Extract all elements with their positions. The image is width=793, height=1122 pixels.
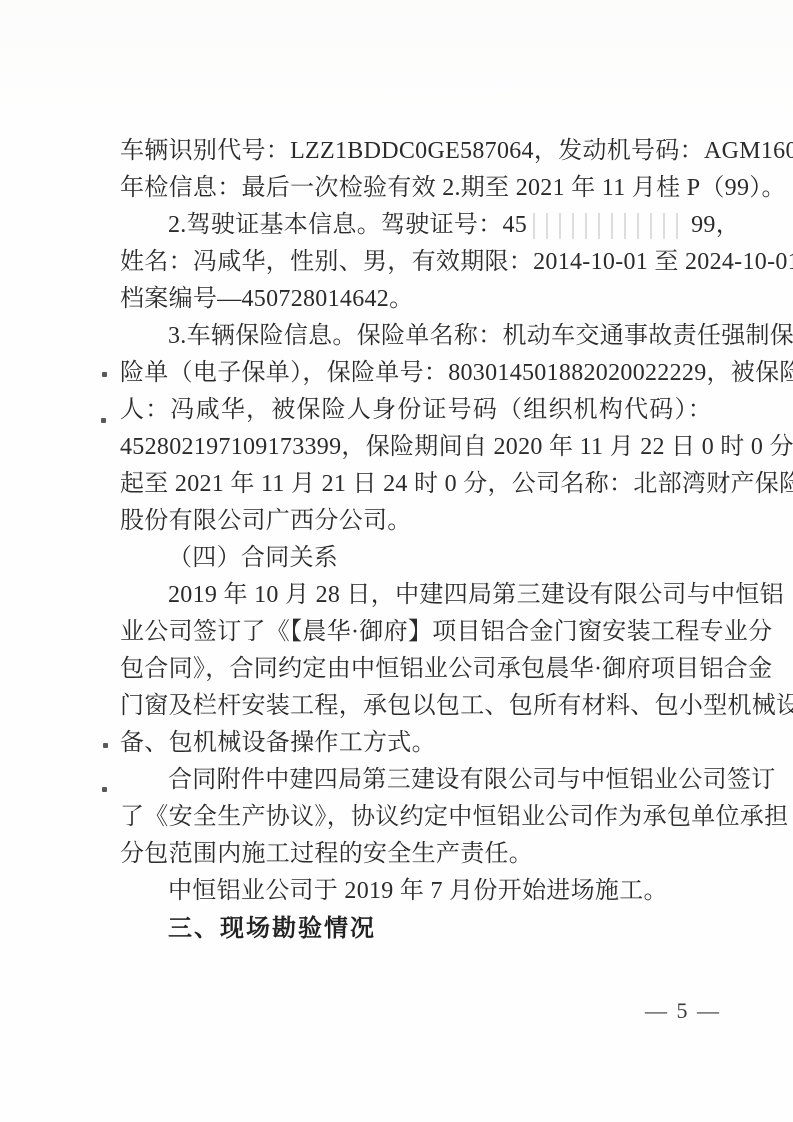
line-contract-signing-5: 备、包机械设备操作工方式。: [120, 725, 712, 762]
redaction-block: [533, 213, 683, 239]
line-safety-agreement-2: 了《安全生产协议》，协议约定中恒铝业公司作为承包单位承担: [120, 799, 712, 836]
line-company-branch: 股份有限公司广西分公司。: [120, 503, 712, 540]
ink-speck: [103, 743, 108, 748]
line-construction-start: 中恒铝业公司于 2019 年 7 月份开始进场施工。: [120, 873, 712, 910]
line-contract-signing-2: 业公司签订了《【晨华·御府】项目铝合金门窗安装工程专业分: [120, 614, 712, 651]
line-insured-id-and-period: 452802197109173399，保险期间自 2020 年 11 月 22 …: [120, 429, 712, 466]
heading-site-survey: 三、现场勘验情况: [120, 910, 712, 947]
line-insured-person: 人：冯咸华，被保险人身份证号码（组织机构代码）：: [120, 392, 712, 429]
line-name-gender-validity: 姓名：冯咸华，性别、男，有效期限：2014-10-01 至 2024-10-01…: [120, 244, 712, 281]
ink-speck: [102, 787, 107, 792]
ink-speck: [102, 372, 107, 377]
line-annual-inspection: 年检信息：最后一次检验有效 2.期至 2021 年 11 月桂 P（99）。: [120, 170, 712, 207]
line-insurance-title: 3.车辆保险信息。保险单名称：机动车交通事故责任强制保: [120, 318, 712, 355]
page-number: — 5 —: [645, 998, 725, 1024]
line-period-end-company: 起至 2021 年 11 月 21 日 24 时 0 分，公司名称：北部湾财产保…: [120, 466, 712, 503]
line-contract-signing-3: 包合同》，合同约定由中恒铝业公司承包晨华·御府项目铝合金: [120, 651, 712, 688]
text-segment: 99，: [691, 212, 740, 238]
subheading-contract-relation: （四）合同关系: [120, 540, 712, 577]
line-insurance-policy-no: 险单（电子保单），保险单号：803014501882020022229，被保险: [120, 355, 712, 392]
line-safety-agreement-3: 分包范围内施工过程的安全生产责任。: [120, 836, 712, 873]
line-driver-license-number: 2.驾驶证基本信息。驾驶证号：4599，: [120, 207, 712, 244]
line-contract-signing-1: 2019 年 10 月 28 日，中建四局第三建设有限公司与中恒铝: [120, 577, 712, 614]
line-vin-engine: 车辆识别代号：LZZ1BDDC0GE587064，发动机号码：AGM160236…: [120, 133, 712, 170]
line-file-number: 档案编号—450728014642。: [120, 281, 712, 318]
text-segment: 2.驾驶证基本信息。驾驶证号：45: [168, 212, 527, 238]
line-contract-signing-4: 门窗及栏杆安装工程，承包以包工、包所有材料、包小型机械设: [120, 688, 712, 725]
ink-speck: [101, 418, 106, 423]
document-body: 车辆识别代号：LZZ1BDDC0GE587064，发动机号码：AGM160236…: [120, 133, 712, 947]
line-safety-agreement-1: 合同附件中建四局第三建设有限公司与中恒铝业公司签订: [120, 762, 712, 799]
document-page: 车辆识别代号：LZZ1BDDC0GE587064，发动机号码：AGM160236…: [0, 0, 793, 1122]
